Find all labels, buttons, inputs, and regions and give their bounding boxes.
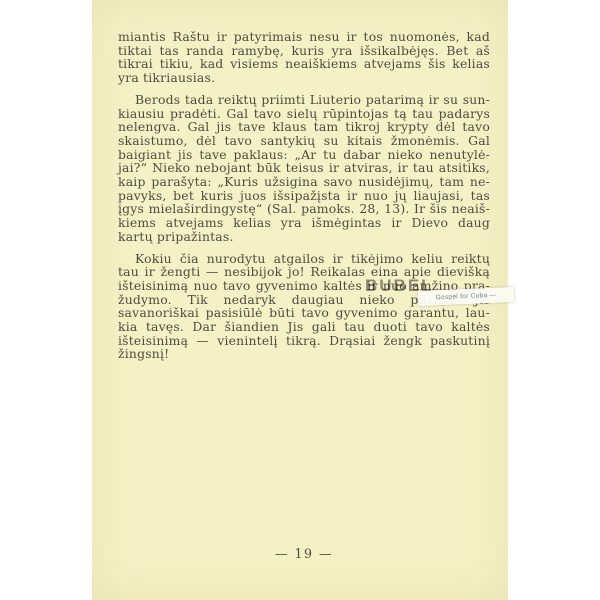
text-line: tiktai tas randa ramybę, kuris yra išsik…: [118, 44, 490, 58]
text-line: įgys mielaširdingystę“ (Sal. pamoks. 28,…: [118, 202, 490, 216]
text-line: nelengva. Gal jis tave klaus tam tikroj …: [118, 120, 490, 134]
scanned-book-spread: miantis Raštu ir patyrimais nesu ir tos …: [0, 0, 600, 600]
watermark-label-text: Gospel for Cuba —: [436, 292, 497, 302]
paragraph: Kokiu čia nurodytu atgailos ir tikėjimo …: [118, 252, 490, 362]
text-line: yra tikriausias.: [118, 71, 490, 85]
watermark-label: Gospel for Cuba —: [418, 287, 515, 306]
text-line: Kokiu čia nurodytu atgailos ir tikėjimo …: [118, 252, 490, 266]
text-line: išteisinimą — vienintelį tikrą. Drąsiai …: [118, 334, 490, 348]
text-line: kaip parašyta: „Kuris užsigina savo nusi…: [118, 175, 490, 189]
page-text-column: miantis Raštu ir patyrimais nesu ir tos …: [118, 30, 490, 361]
text-line: tikrai tikiu, kad visiems neaiškiems atv…: [118, 57, 490, 71]
text-line: baigiant jis tave paklaus: „Ar tu dabar …: [118, 148, 490, 162]
text-line: miantis Raštu ir patyrimais nesu ir tos …: [118, 30, 490, 44]
page-number: — 19 —: [118, 546, 490, 561]
text-line: savanoriškai pasisiūlė būti tavo gyvenim…: [118, 306, 490, 320]
text-line: kiems atvejams kelias yra išmėgintas ir …: [118, 216, 490, 230]
book-page: miantis Raštu ir patyrimais nesu ir tos …: [92, 0, 508, 600]
text-line: tau ir žengti — nesibijok jo! Reikalas e…: [118, 265, 490, 279]
text-line: kiausiu pradėti. Gal tavo sielų rūpintoj…: [118, 107, 490, 121]
text-line: Berods tada reiktų priimti Liuterio pata…: [118, 93, 490, 107]
text-line: pavyks, bet kuris juos išsipažįsta ir nu…: [118, 189, 490, 203]
text-line: kia tavęs. Dar šiandien Jis gali tau duo…: [118, 320, 490, 334]
text-line: skaistumo, dėl tavo santykių su kitais ž…: [118, 134, 490, 148]
text-line: jai?“ Nieko nebojant būk teisus ir atvir…: [118, 161, 490, 175]
paragraph: Berods tada reiktų priimti Liuterio pata…: [118, 93, 490, 244]
paragraph: miantis Raštu ir patyrimais nesu ir tos …: [118, 30, 490, 85]
text-line: žingsnį!: [118, 347, 490, 361]
text-line: kartų pripažintas.: [118, 230, 490, 244]
